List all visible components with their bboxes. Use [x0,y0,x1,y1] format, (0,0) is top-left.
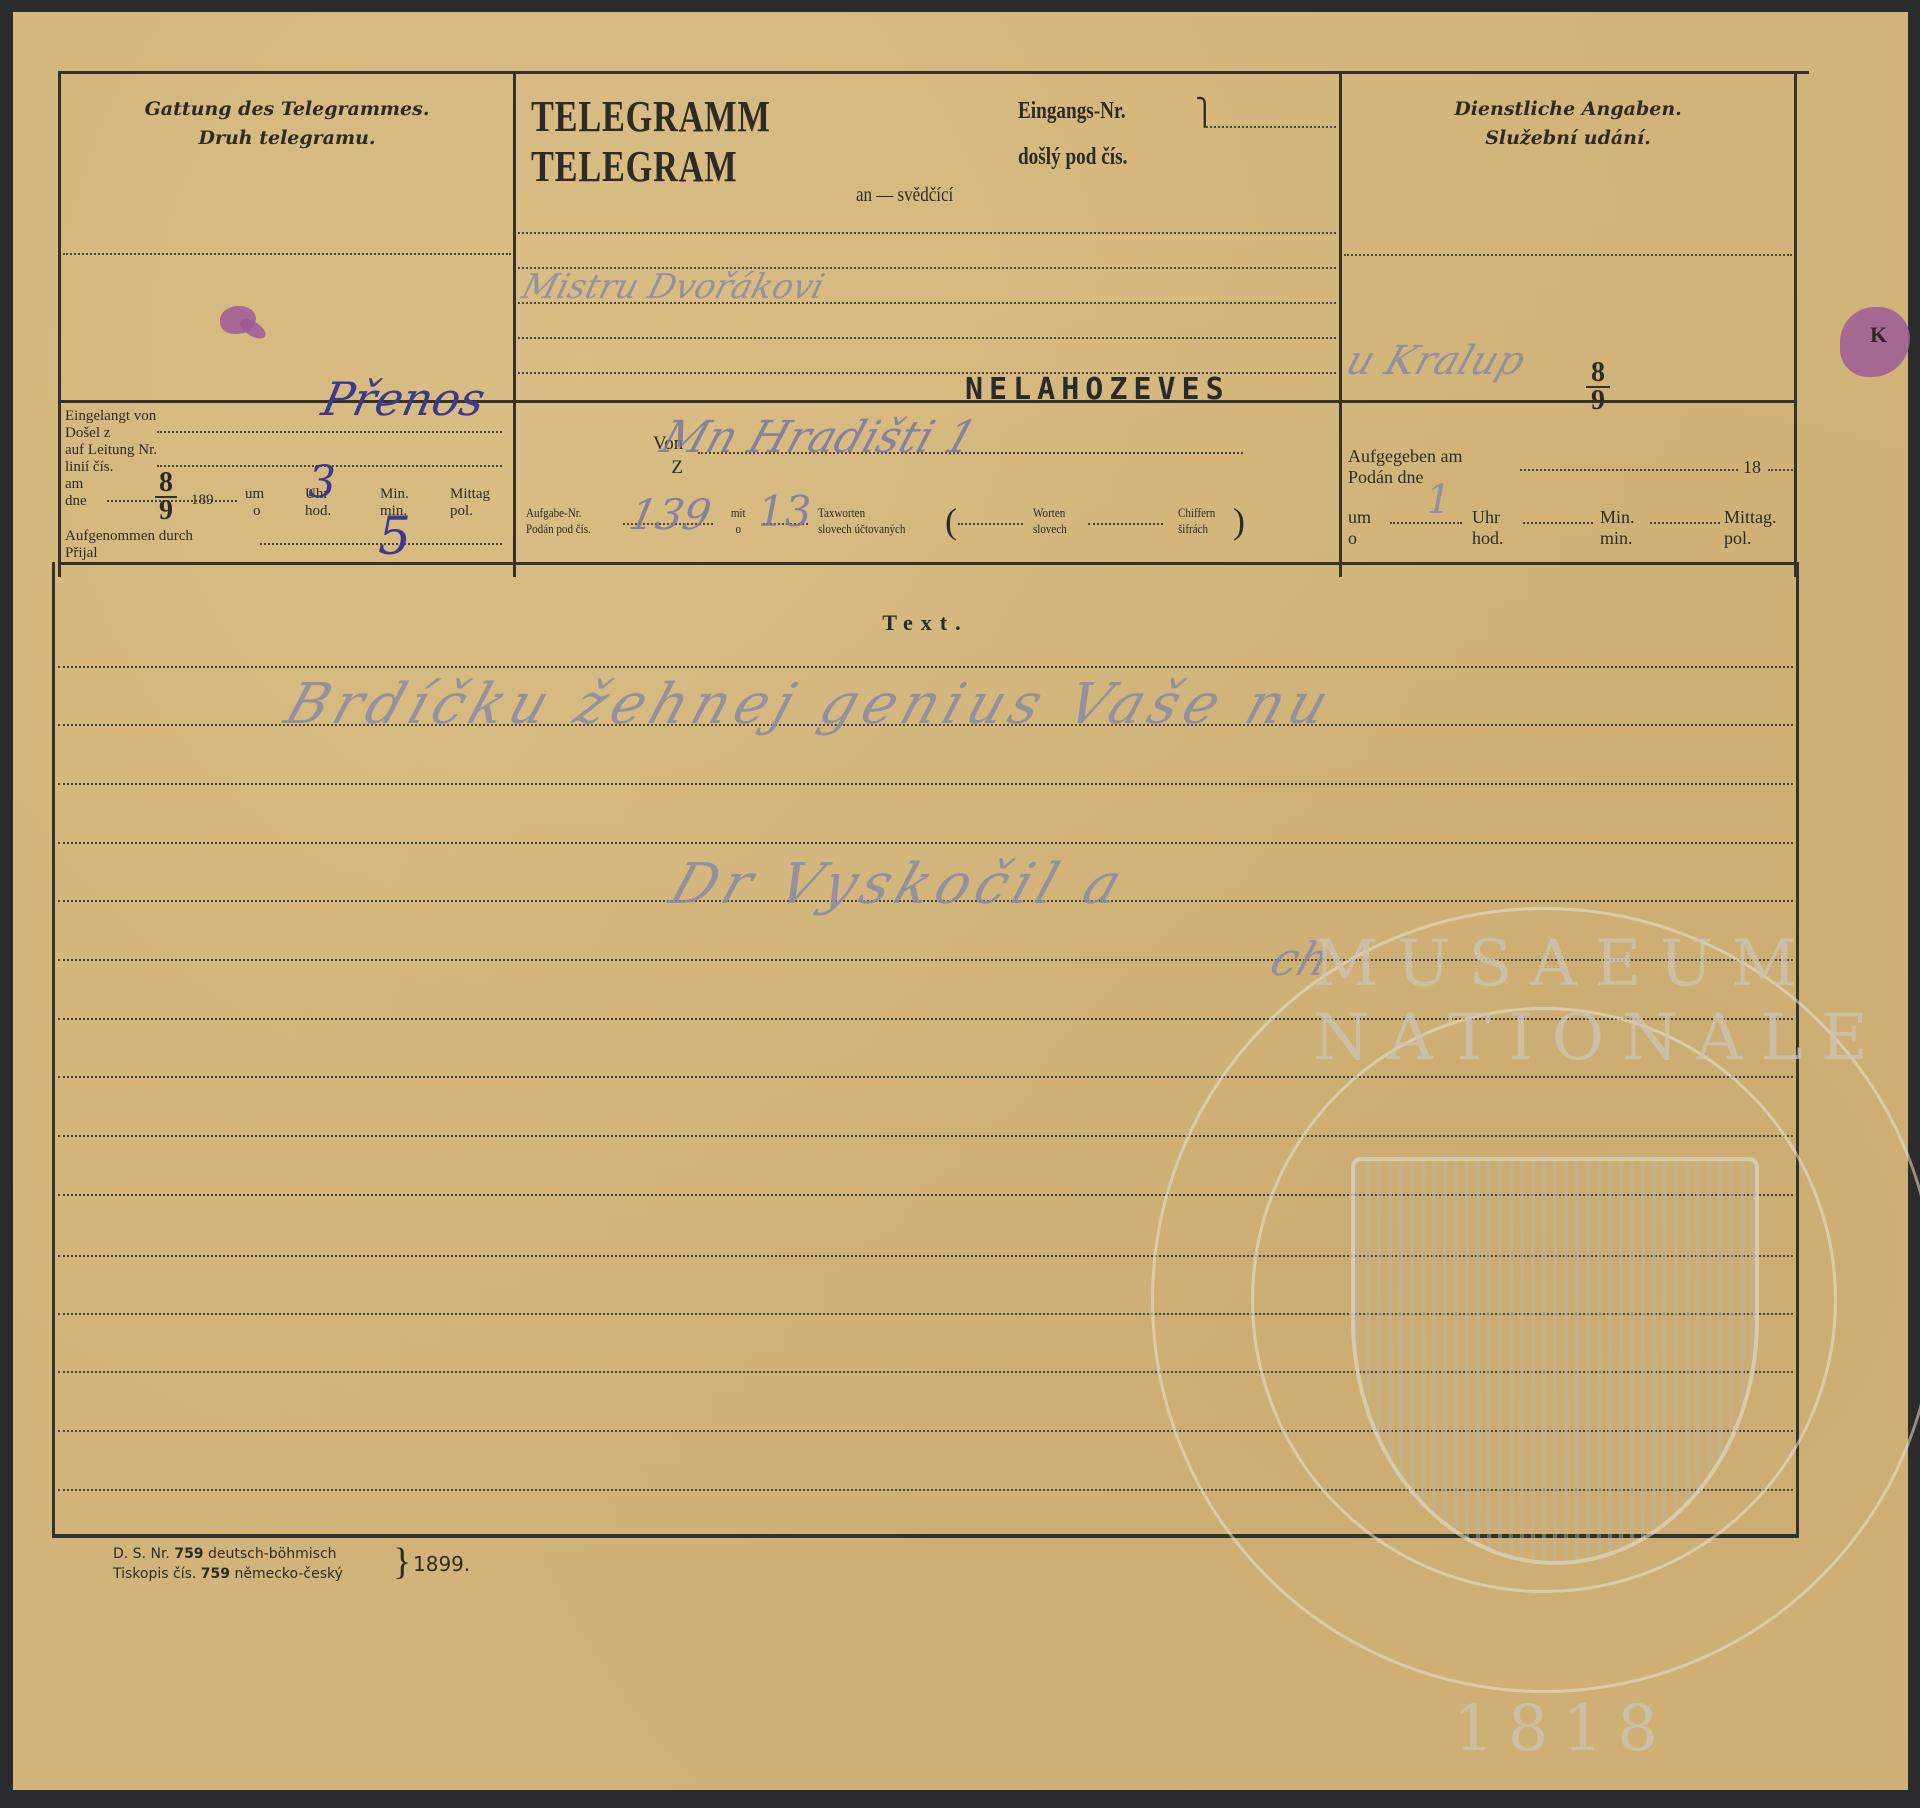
handwritten-line-number: 3 [308,457,336,508]
handwritten-origin: Mn Hradišti 1 [655,412,983,463]
handwritten-message-line-1: Brdíčku žehnej genius Vaše nu [277,672,1342,737]
submitted-hour-label-cz: hod. [1472,528,1504,549]
min-label-de: Min. [380,486,409,503]
cipher-label-cz: šifrách [1178,521,1215,537]
left-header-title: Gattung des Telegrammes. Druh telegramu. [61,95,513,153]
submitted-year-prefix: 18 [1743,457,1761,478]
telegram-type-field[interactable] [63,253,511,255]
handwritten-message-line-2: Dr Vyskočil a [662,852,1135,917]
line-number-label-de: auf Leitung Nr. [65,442,157,459]
received-from-field[interactable] [157,431,502,433]
cipher-field[interactable] [1088,523,1163,525]
date-day: 8 [1586,360,1610,386]
cipher-label-de: Chiffern [1178,505,1215,521]
with-label-cz: o [728,521,748,537]
text-line-4[interactable] [58,842,1793,844]
submitted-noon-field[interactable] [1650,522,1720,524]
submitted-date-field[interactable] [1520,469,1738,471]
museum-seal-year: 1818 [1453,1692,1672,1766]
open-paren: ( [945,500,957,542]
handwritten-submitted-hour: 1 [1426,490,1451,511]
address-line-1[interactable] [518,232,1336,234]
at-label-de: um [245,486,264,503]
submitted-hour-label-de: Uhr [1472,507,1504,528]
submitted-noon-label-cz: pol. [1724,528,1777,549]
form-footer: D. S. Nr. 759 deutsch-böhmisch Tiskopis … [113,1544,343,1584]
official-info-field[interactable] [1344,254,1792,256]
museum-seal-text: MUSAEUM NATIONALE [1313,927,1773,1075]
received-day: 8 [155,470,177,496]
received-date-label-de: am [65,476,157,493]
handwritten-taken-by: 5 [378,507,411,567]
handwritten-submission-number: 139 [625,490,716,539]
handwritten-word-count: 13 [758,487,811,536]
frame-top-line [58,71,1809,74]
telegram-type-label-cz: Druh telegramu. [61,124,513,153]
received-year-prefix: 189 [191,492,214,509]
received-month: 9 [155,496,177,524]
footer-brace: } [393,1542,411,1582]
title-german: TELEGRAMM [531,92,771,142]
submitted-min-field[interactable] [1523,522,1593,524]
telegram-form-paper: Gattung des Telegrammes. Druh telegramu.… [13,12,1908,1790]
tax-words-label-cz: slovech účtovaných [818,521,905,537]
footer-year: 1899. [413,1552,470,1576]
incoming-number-label-de: Eingangs-Nr. [1018,98,1126,125]
submitted-noon-label-de: Mittag. [1724,507,1777,528]
received-date-stamp: 8 9 [155,470,177,524]
addressee-label: an — svědčící [856,184,953,207]
footer-line2-prefix: Tiskopis čís. [113,1566,196,1582]
frame-right-upper [1794,71,1797,577]
handwritten-place: u Kralup [1341,338,1531,384]
submission-number-label-de: Aufgabe-Nr. [526,505,591,521]
origin-block: Von Z Mn Hradišti 1 Aufgabe-Nr. Podán po… [518,402,1336,562]
handwritten-received-from: Přenos [317,372,490,426]
title-block: TELEGRAMM TELEGRAM [531,92,838,192]
handwritten-addressee: Mistru Dvořákovi [518,267,829,307]
footer-line2-suffix: německo-český [234,1566,342,1582]
submitted-at-label-de: um [1348,507,1371,528]
close-paren: ) [1233,500,1245,542]
title-czech: TELEGRAM [531,142,771,192]
tax-words-label-de: Taxworten [818,505,905,521]
submitted-year-field[interactable] [1768,469,1793,471]
official-info-label-de: Dienstliche Angaben. [1342,95,1794,124]
incoming-number-label-cz: došlý pod čís. [1018,144,1127,171]
footer-line1-suffix: deutsch-böhmisch [208,1546,337,1562]
text-line-3[interactable] [58,783,1793,785]
noon-label-de: Mittag [450,486,490,503]
received-from-label-cz: Došel z [65,425,157,442]
text-heading: Text. [55,610,1796,636]
purple-stamp-right-letter: K [1870,322,1887,348]
footer-form-number-cz: 759 [201,1566,230,1582]
taken-by-label-cz: Přijal [65,545,193,562]
footer-form-number-de: 759 [174,1546,203,1562]
official-info-label-cz: Služební udání. [1342,124,1794,153]
words-field[interactable] [958,523,1023,525]
submitted-block: Aufgegeben am Podán dne 18 um o 1 Uhr ho… [1348,402,1793,562]
telegram-type-label-de: Gattung des Telegrammes. [61,95,513,124]
submitted-at-label-cz: o [1348,528,1371,549]
submitted-min-label-de: Min. [1600,507,1635,528]
text-line-1[interactable] [58,666,1793,668]
address-line-4[interactable] [518,337,1336,339]
footer-line1-prefix: D. S. Nr. [113,1546,170,1562]
frame-left-lower [52,562,55,1537]
words-label-de: Worten [1033,505,1067,521]
submission-number-label-cz: Podán pod čís. [526,521,591,537]
submitted-min-label-cz: min. [1600,528,1635,549]
incoming-number-field[interactable] [1206,126,1336,128]
incoming-brace: ⎫ [1195,98,1215,128]
line-number-label-cz: linií čís. [65,459,157,476]
taken-by-label-de: Aufgenommen durch [65,528,193,545]
received-from-label-de: Eingelangt von [65,408,157,425]
words-label-cz: slovech [1033,521,1067,537]
with-label-de: mit [728,505,748,521]
divider-left-middle [513,71,516,577]
at-label-cz: o [245,503,264,520]
submitted-date-label-de: Aufgegeben am [1348,446,1462,467]
right-header-title: Dienstliche Angaben. Služební udání. [1342,95,1794,153]
noon-label-cz: pol. [450,503,490,520]
header-bottom-line [58,562,1797,565]
